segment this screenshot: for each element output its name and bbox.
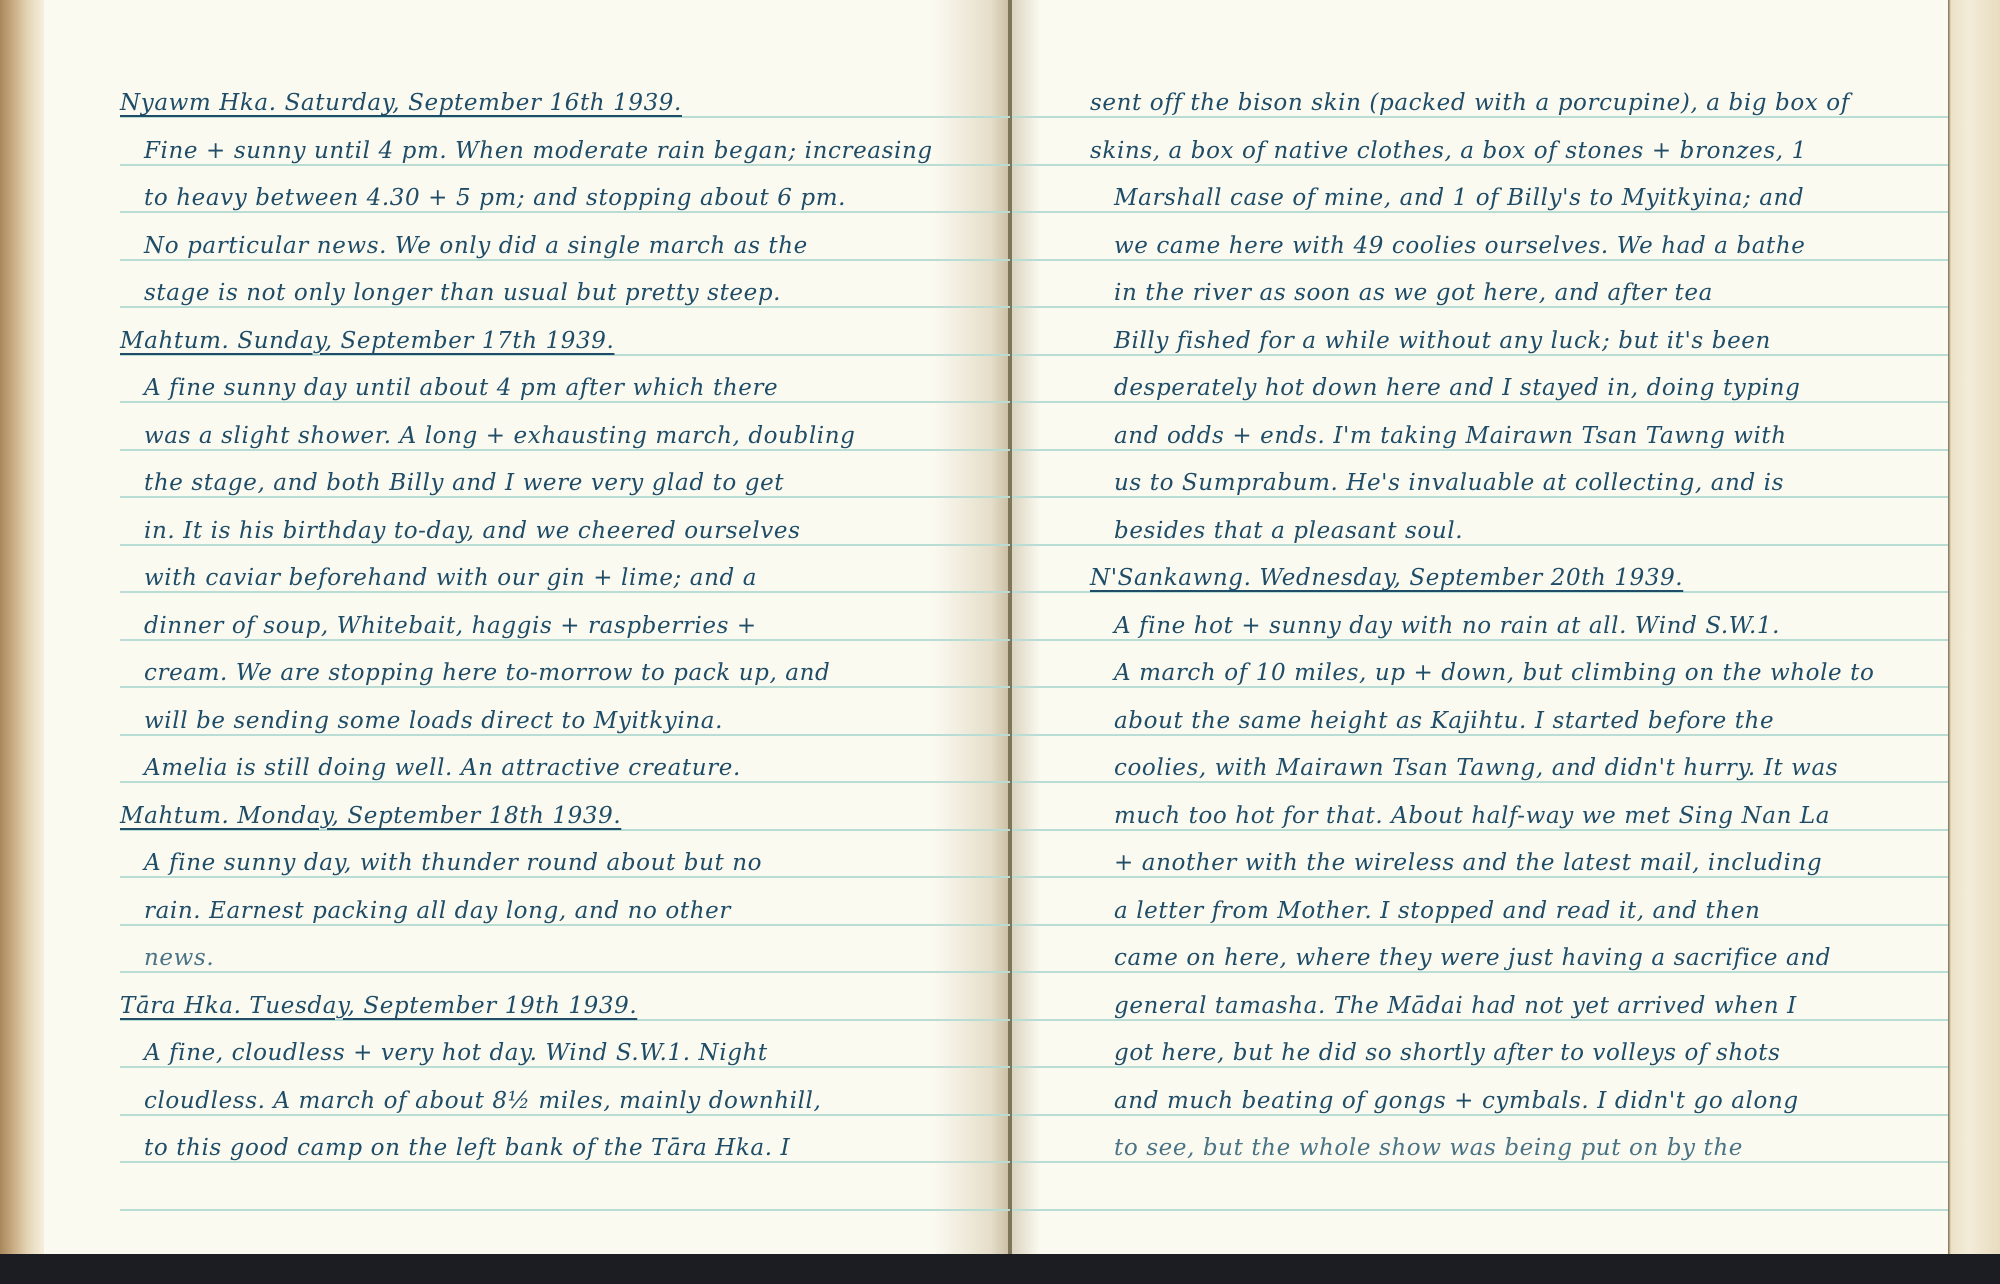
left-page-edge [0, 0, 44, 1254]
diary-line: we came here with 49 coolies ourselves. … [1090, 223, 1950, 271]
entry-heading: N'Sankawng. Wednesday, September 20th 19… [1090, 555, 1950, 603]
notebook-spread: Nyawm Hka. Saturday, September 16th 1939… [0, 0, 2000, 1254]
diary-line: the stage, and both Billy and I were ver… [120, 460, 1000, 508]
diary-line: besides that a pleasant soul. [1090, 508, 1950, 556]
diary-line: A fine hot + sunny day with no rain at a… [1090, 603, 1950, 651]
diary-line: general tamasha. The Mādai had not yet a… [1090, 983, 1950, 1031]
diary-line: Billy fished for a while without any luc… [1090, 318, 1950, 366]
left-page-text: Nyawm Hka. Saturday, September 16th 1939… [120, 80, 1000, 1173]
entry-heading: Tāra Hka. Tuesday, September 19th 1939. [120, 983, 1000, 1031]
desk-surface [0, 1254, 2000, 1284]
diary-line: cream. We are stopping here to-morrow to… [120, 650, 1000, 698]
right-page-text: sent off the bison skin (packed with a p… [1090, 80, 1950, 1173]
diary-line: with caviar beforehand with our gin + li… [120, 555, 1000, 603]
diary-line: news. [120, 935, 1000, 983]
diary-line: to see, but the whole show was being put… [1090, 1125, 1950, 1173]
diary-line: Fine + sunny until 4 pm. When moderate r… [120, 128, 1000, 176]
diary-line: A march of 10 miles, up + down, but clim… [1090, 650, 1950, 698]
diary-line: and odds + ends. I'm taking Mairawn Tsan… [1090, 413, 1950, 461]
diary-line: A fine sunny day until about 4 pm after … [120, 365, 1000, 413]
diary-line: Amelia is still doing well. An attractiv… [120, 745, 1000, 793]
diary-line: coolies, with Mairawn Tsan Tawng, and di… [1090, 745, 1950, 793]
diary-line: to this good camp on the left bank of th… [120, 1125, 1000, 1173]
diary-line: us to Sumprabum. He's invaluable at coll… [1090, 460, 1950, 508]
diary-line: much too hot for that. About half-way we… [1090, 793, 1950, 841]
diary-line: in. It is his birthday to-day, and we ch… [120, 508, 1000, 556]
diary-line: desperately hot down here and I stayed i… [1090, 365, 1950, 413]
entry-heading: Mahtum. Sunday, September 17th 1939. [120, 318, 1000, 366]
entry-heading: Nyawm Hka. Saturday, September 16th 1939… [120, 80, 1000, 128]
diary-line: + another with the wireless and the late… [1090, 840, 1950, 888]
diary-line: A fine sunny day, with thunder round abo… [120, 840, 1000, 888]
diary-line: about the same height as Kajihtu. I star… [1090, 698, 1950, 746]
diary-line: to heavy between 4.30 + 5 pm; and stoppi… [120, 175, 1000, 223]
diary-line: stage is not only longer than usual but … [120, 270, 1000, 318]
diary-line: skins, a box of native clothes, a box of… [1090, 128, 1950, 176]
diary-line: cloudless. A march of about 8½ miles, ma… [120, 1078, 1000, 1126]
right-page-edge [1948, 0, 2000, 1254]
diary-line: came on here, where they were just havin… [1090, 935, 1950, 983]
diary-line: and much beating of gongs + cymbals. I d… [1090, 1078, 1950, 1126]
diary-line: will be sending some loads direct to Myi… [120, 698, 1000, 746]
diary-line: was a slight shower. A long + exhausting… [120, 413, 1000, 461]
diary-line: in the river as soon as we got here, and… [1090, 270, 1950, 318]
diary-line: sent off the bison skin (packed with a p… [1090, 80, 1950, 128]
diary-line: No particular news. We only did a single… [120, 223, 1000, 271]
diary-line: dinner of soup, Whitebait, haggis + rasp… [120, 603, 1000, 651]
diary-line: rain. Earnest packing all day long, and … [120, 888, 1000, 936]
book-gutter [1008, 0, 1012, 1254]
diary-line: Marshall case of mine, and 1 of Billy's … [1090, 175, 1950, 223]
diary-line: A fine, cloudless + very hot day. Wind S… [120, 1030, 1000, 1078]
diary-line: a letter from Mother. I stopped and read… [1090, 888, 1950, 936]
diary-line: got here, but he did so shortly after to… [1090, 1030, 1950, 1078]
entry-heading: Mahtum. Monday, September 18th 1939. [120, 793, 1000, 841]
